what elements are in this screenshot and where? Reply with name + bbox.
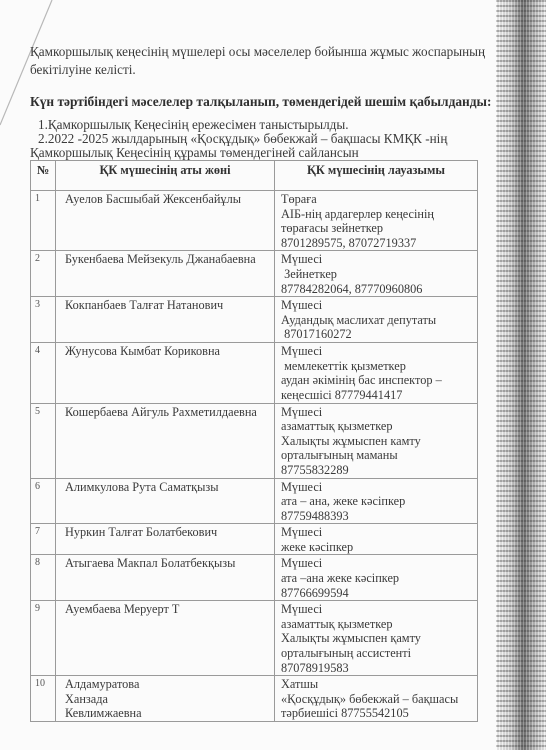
position-line: Аудандық маслихат депутаты	[281, 313, 473, 328]
header-number: №	[31, 161, 56, 191]
position-line: кеңесшісі 87779441417	[281, 388, 473, 403]
table-row: 7Нуркин Талғат БолатбековичМүшесіжеке кә…	[31, 524, 478, 555]
position-line: 87017160272	[281, 327, 473, 342]
member-name: Кокпанбаев Талғат Натанович	[56, 297, 275, 343]
row-number: 6	[31, 478, 56, 524]
position-line: Халықты жұмыспен қамту	[281, 631, 473, 646]
member-position: Мүшесіата –ана жеке кәсіпкер87766699594	[275, 555, 478, 601]
position-line: Мүшесі	[281, 480, 473, 495]
member-position: Мүшесі мемлекеттік қызметкераудан әкімін…	[275, 343, 478, 403]
position-line: Зейнеткер	[281, 267, 473, 282]
row-number: 8	[31, 555, 56, 601]
position-line: азаматтық қызметкер	[281, 419, 473, 434]
position-line: 8701289575, 87072719337	[281, 236, 473, 251]
row-number: 7	[31, 524, 56, 555]
position-line: АІБ-нің ардагерлер кеңесінің	[281, 207, 473, 222]
position-line: 87759488393	[281, 509, 473, 524]
position-line: орталығының маманы	[281, 448, 473, 463]
position-line: жеке кәсіпкер	[281, 540, 473, 555]
position-line: 87755832289	[281, 463, 473, 478]
table-row: 8Атыгаева Макпал БолатбекқызыМүшесіата –…	[31, 555, 478, 601]
position-line: Мүшесі	[281, 405, 473, 420]
row-number: 10	[31, 676, 56, 722]
intro-paragraph-line-2: бекітілуіне келісті.	[30, 62, 136, 78]
member-name: Алимкулова Рута Саматқызы	[56, 478, 275, 524]
position-line: Хатшы	[281, 677, 473, 692]
member-name: Ауембаева Меруерт Т	[56, 601, 275, 676]
member-position: МүшесіАудандық маслихат депутаты 8701716…	[275, 297, 478, 343]
member-position: Мүшесіжеке кәсіпкер	[275, 524, 478, 555]
position-line: 87784282064, 87770960806	[281, 282, 473, 297]
table-row: 5Кошербаева Айгуль РахметилдаевнаМүшесіа…	[31, 403, 478, 478]
position-line: аудан әкімінің бас инспектор –	[281, 373, 473, 388]
position-line: ата – ана, жеке кәсіпкер	[281, 494, 473, 509]
intro-paragraph-line-1: Қамкоршылық кеңесінің мүшелері осы мәсел…	[30, 44, 485, 60]
position-line: Мүшесі	[281, 344, 473, 359]
table-row: 9Ауембаева Меруерт ТМүшесіазаматтық қызм…	[31, 601, 478, 676]
position-line: Мүшесі	[281, 525, 473, 540]
row-number: 1	[31, 191, 56, 251]
member-position: Мүшесі Зейнеткер87784282064, 87770960806	[275, 251, 478, 297]
decision-item-2-continued: Қамкоршылық Кеңесінің құрамы төмендегіне…	[30, 145, 359, 161]
table-row: 3Кокпанбаев Талғат НатановичМүшесіАуданд…	[31, 297, 478, 343]
position-line: Мүшесі	[281, 556, 473, 571]
position-line: тәрбиешісі 87755542105	[281, 706, 473, 721]
council-members-table: № ҚК мүшесінің аты жөні ҚК мүшесінің лау…	[30, 160, 478, 722]
position-line: Халықты жұмыспен камту	[281, 434, 473, 449]
table-header-row: № ҚК мүшесінің аты жөні ҚК мүшесінің лау…	[31, 161, 478, 191]
position-line: мемлекеттік қызметкер	[281, 359, 473, 374]
position-line: Мүшесі	[281, 298, 473, 313]
row-number: 9	[31, 601, 56, 676]
table-row: 10 Алдамуратова Ханзада КевлимжаевнаХатш…	[31, 676, 478, 722]
position-line: Мүшесі	[281, 602, 473, 617]
row-number: 4	[31, 343, 56, 403]
header-position: ҚК мүшесінің лауазымы	[275, 161, 478, 191]
position-line: Төрағa	[281, 192, 473, 207]
table-row: 2Букенбаева Мейзекуль ДжанабаевнаМүшесі …	[31, 251, 478, 297]
row-number: 3	[31, 297, 56, 343]
scanner-edge-artifact	[496, 0, 546, 750]
table-row: 1Ауелов Басшыбай ЖексенбайұлыТөрағaАІБ-н…	[31, 191, 478, 251]
member-name: Ауелов Басшыбай Жексенбайұлы	[56, 191, 275, 251]
member-position: ТөрағaАІБ-нің ардагерлер кеңесініңтөраға…	[275, 191, 478, 251]
position-line: төрағасы зейнеткер	[281, 221, 473, 236]
position-line: азаматтық қызметкер	[281, 617, 473, 632]
table-row: 4Жунусова Кымбат КориковнаМүшесі мемлеке…	[31, 343, 478, 403]
header-full-name: ҚК мүшесінің аты жөні	[56, 161, 275, 191]
member-name: Букенбаева Мейзекуль Джанабаевна	[56, 251, 275, 297]
member-position: Мүшесіата – ана, жеке кәсіпкер8775948839…	[275, 478, 478, 524]
row-number: 5	[31, 403, 56, 478]
position-line: 87766699594	[281, 586, 473, 601]
row-number: 2	[31, 251, 56, 297]
position-line: ата –ана жеке кәсіпкер	[281, 571, 473, 586]
position-line: орталығының ассистенті	[281, 646, 473, 661]
member-position: Мүшесіазаматтық қызметкерХалықты жұмыспе…	[275, 601, 478, 676]
position-line: 87078919583	[281, 661, 473, 676]
member-name: Кошербаева Айгуль Рахметилдаевна	[56, 403, 275, 478]
member-name: Алдамуратова Ханзада Кевлимжаевна	[56, 676, 275, 722]
member-name: Атыгаева Макпал Болатбекқызы	[56, 555, 275, 601]
member-position: Мүшесіазаматтық қызметкерХалықты жұмыспе…	[275, 403, 478, 478]
member-name: Нуркин Талғат Болатбекович	[56, 524, 275, 555]
decision-heading: Күн тәртібіндегі мәселелер талқыланып, т…	[30, 94, 491, 110]
position-line: «Қосқұдық» бөбекжай – бақшасы	[281, 692, 473, 707]
table-row: 6Алимкулова Рута СаматқызыМүшесіата – ан…	[31, 478, 478, 524]
member-name: Жунусова Кымбат Кориковна	[56, 343, 275, 403]
member-position: Хатшы«Қосқұдық» бөбекжай – бақшасытәрбие…	[275, 676, 478, 722]
position-line: Мүшесі	[281, 252, 473, 267]
